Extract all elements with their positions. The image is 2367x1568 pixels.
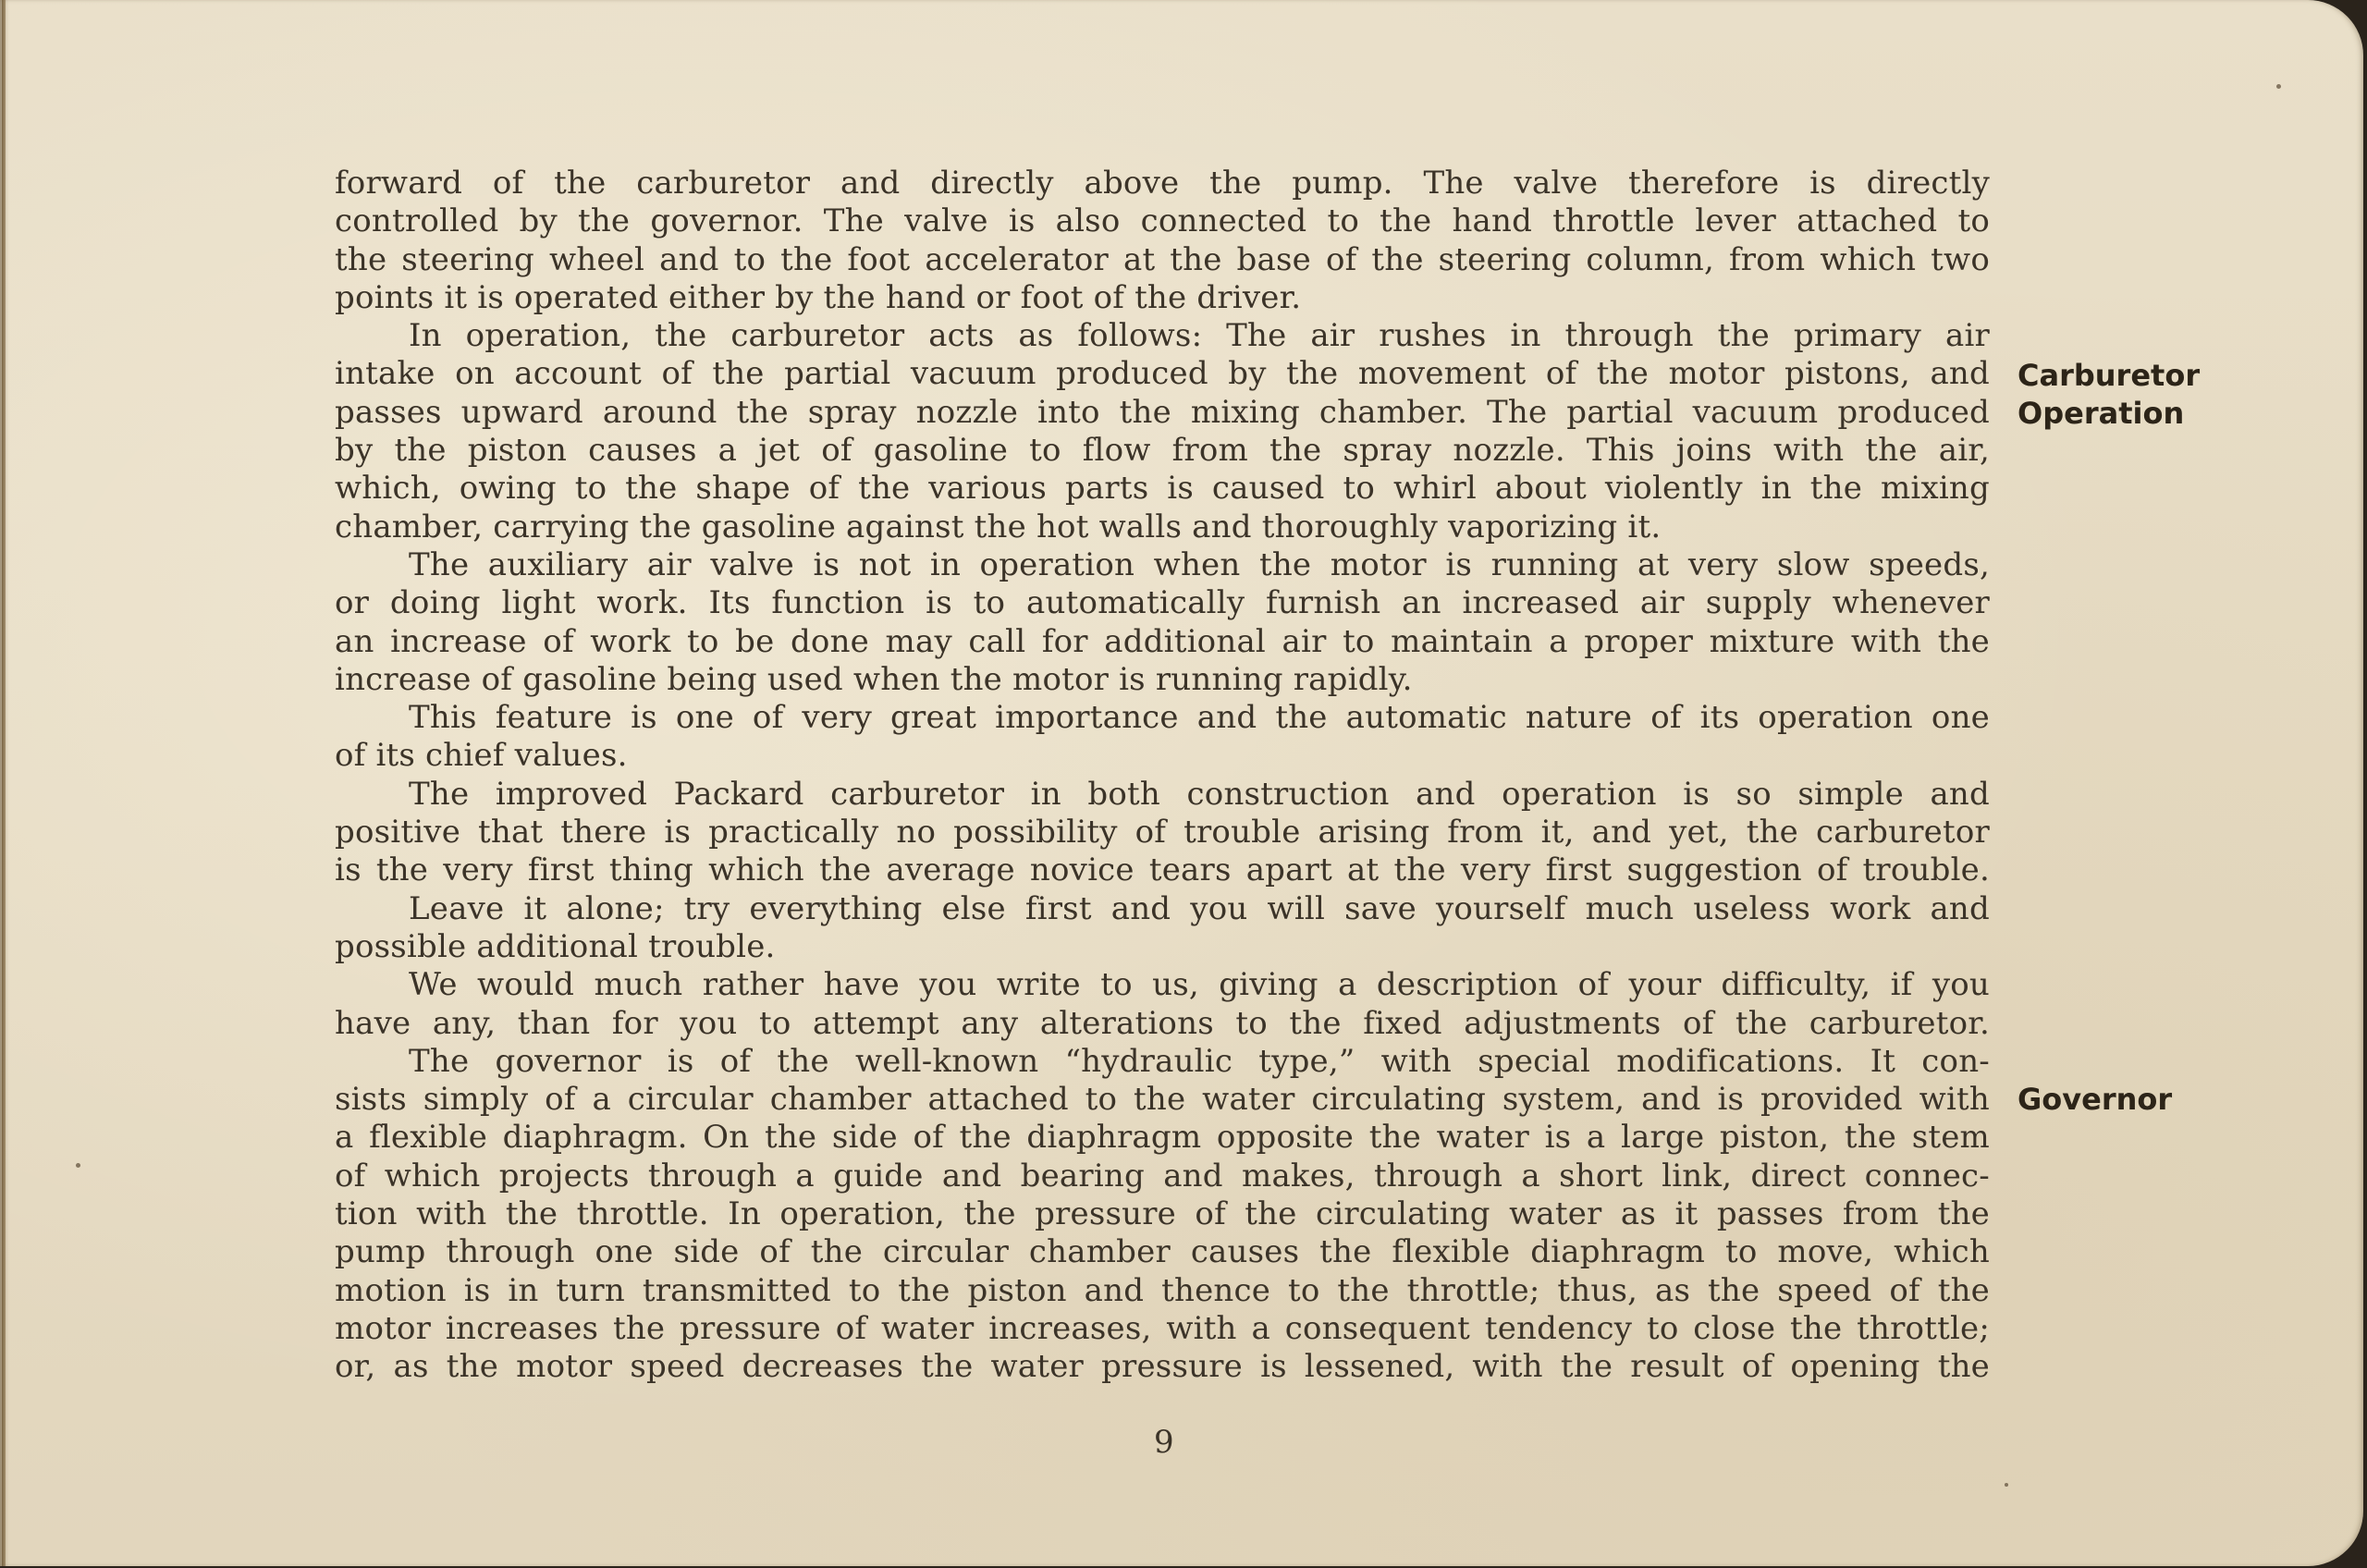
paragraph-start-line: Leave it alone; try everything else firs… (335, 890, 1990, 928)
text-line: is the very first thing which the averag… (335, 851, 1990, 889)
text-line: of which projects through a guide and be… (335, 1158, 1990, 1195)
paragraph-start-line: In operation, the carburetor acts as fol… (335, 317, 1990, 355)
text-line: intake on account of the partial vacuum … (335, 355, 1990, 393)
body-text: forward of the carburetor and directly a… (335, 165, 1990, 1387)
paragraph-start-line: The auxiliary air valve is not in operat… (335, 546, 1990, 584)
side-note-line: Operation (2017, 395, 2200, 433)
text-line: tion with the throttle. In operation, th… (335, 1195, 1990, 1233)
book-page: forward of the carburetor and directly a… (0, 0, 2363, 1566)
text-line: forward of the carburetor and directly a… (335, 165, 1990, 202)
text-line: or doing light work. Its function is to … (335, 584, 1990, 622)
text-line: have any, than for you to attempt any al… (335, 1005, 1990, 1043)
text-line: a flexible diaphragm. On the side of the… (335, 1119, 1990, 1157)
paper-speck (76, 1163, 80, 1168)
paragraph-start-line: The governor is of the well-known “hydra… (335, 1043, 1990, 1081)
text-line: controlled by the governor. The valve is… (335, 202, 1990, 240)
text-line: chamber, carrying the gasoline against t… (335, 508, 1990, 546)
side-note-line: Governor (2017, 1081, 2172, 1119)
text-line: points it is operated either by the hand… (335, 279, 1990, 317)
text-line: sists simply of a circular chamber attac… (335, 1081, 1990, 1119)
text-line: possible additional trouble. (335, 928, 1990, 966)
paragraph-start-line: We would much rather have you write to u… (335, 966, 1990, 1004)
paragraph-start-line: This feature is one of very great import… (335, 699, 1990, 737)
text-line: or, as the motor speed decreases the wat… (335, 1348, 1990, 1386)
paper-speck (2276, 84, 2281, 89)
page-spine-edge (2, 0, 6, 1566)
text-line: increase of gasoline being used when the… (335, 661, 1990, 699)
text-line: pump through one side of the circular ch… (335, 1233, 1990, 1271)
side-note-line: Carburetor (2017, 357, 2200, 395)
text-line: passes upward around the spray nozzle in… (335, 394, 1990, 432)
paragraph-start-line: The improved Packard carburetor in both … (335, 776, 1990, 814)
text-line: motion is in turn transmitted to the pis… (335, 1272, 1990, 1310)
text-line: positive that there is practically no po… (335, 814, 1990, 851)
side-note-carburetor-operation: Carburetor Operation (2017, 357, 2200, 433)
text-line: by the piston causes a jet of gasoline t… (335, 432, 1990, 470)
page-number: 9 (1154, 1424, 1174, 1461)
text-line: an increase of work to be done may call … (335, 623, 1990, 661)
text-line: the steering wheel and to the foot accel… (335, 241, 1990, 279)
text-line: which, owing to the shape of the various… (335, 470, 1990, 508)
side-note-governor: Governor (2017, 1081, 2172, 1119)
paper-speck (2005, 1483, 2008, 1487)
text-line: of its chief values. (335, 737, 1990, 775)
text-line: motor increases the pressure of water in… (335, 1310, 1990, 1348)
